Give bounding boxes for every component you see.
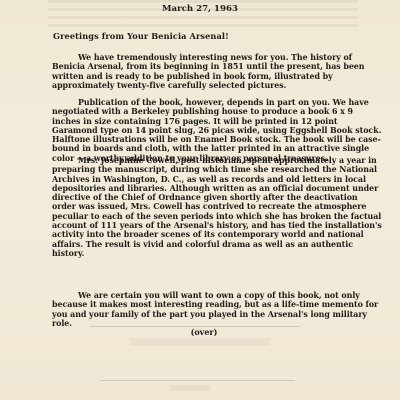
over-note: (over) <box>0 327 400 337</box>
reverse-side-bleed-bottom <box>170 385 210 391</box>
paragraph-closing: We are certain you will want to own a co… <box>52 291 382 328</box>
letter-greeting: Greetings from Your Benicia Arsenal! <box>53 31 229 41</box>
letter-date: March 27, 1963 <box>0 4 400 14</box>
paragraph-author: Mrs. Josephine Cowell, post historian, s… <box>52 156 382 258</box>
reverse-side-bleed-bottom <box>130 338 270 346</box>
paragraph-history-news: We have tremendously interesting news fo… <box>52 53 382 90</box>
reverse-side-line <box>100 380 295 381</box>
paragraph-publication: Publication of the book, however, depend… <box>52 98 382 163</box>
